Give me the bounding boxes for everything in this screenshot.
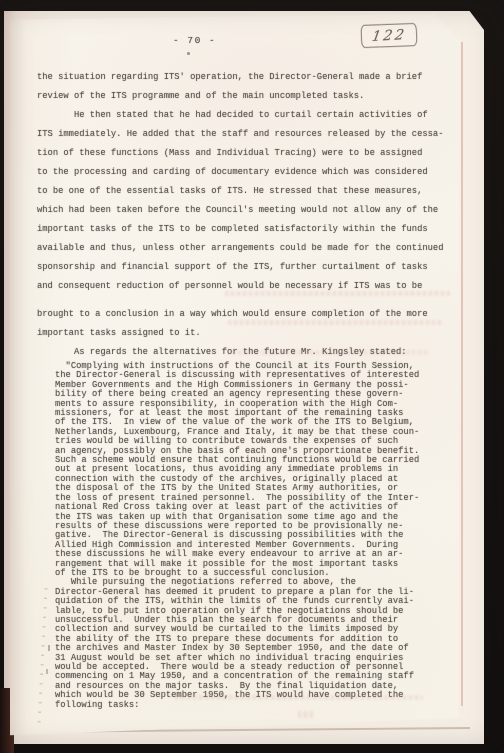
text-line: He then stated that he had decided to cu… <box>37 106 462 125</box>
pencil-mark <box>48 645 50 651</box>
text-line: important tasks of the ITS to be complet… <box>37 220 462 239</box>
text-line: important tasks assigned to it. <box>37 324 462 343</box>
bleedthrough-ghost-text <box>175 695 423 700</box>
document-page: - 70 - 122 the situation regarding ITS' … <box>10 14 460 736</box>
text-line: sponsorship and financial support of the… <box>37 258 462 277</box>
paragraph-continuation: the situation regarding ITS' operation, … <box>37 68 462 106</box>
text-line: which had been taken before the Council'… <box>37 201 462 220</box>
text-line: to be one of the essential tasks of ITS.… <box>37 182 462 201</box>
bleedthrough-ghost-text <box>225 291 450 296</box>
page-number: - 70 - <box>173 35 216 46</box>
text-line: tion of these functions (Mass and Indivi… <box>37 144 462 163</box>
text-line: following tasks: <box>55 701 462 710</box>
quote-block-negotiations: "Complying with instructions of the Coun… <box>55 362 462 578</box>
page-edge-line <box>461 42 463 706</box>
bleedthrough-ghost-text <box>232 350 430 355</box>
pencil-mark <box>46 669 48 674</box>
bleedthrough-ghost-mark <box>298 711 314 718</box>
text-line: review of the ITS programme and of the m… <box>37 87 462 106</box>
text-line: available and thus, unless other arrange… <box>37 239 462 258</box>
stamp-number: 122 <box>371 26 408 44</box>
typewritten-text: the situation regarding ITS' operation, … <box>37 68 462 710</box>
text-line: to the processing and carding of documen… <box>37 163 462 182</box>
paragraph-curtailment: He then stated that he had decided to cu… <box>37 106 462 296</box>
pencil-stamp-box: 122 <box>361 23 418 48</box>
bleedthrough-ghost-text <box>228 320 443 325</box>
scan-background: - 70 - 122 the situation regarding ITS' … <box>0 0 504 753</box>
text-line: the situation regarding ITS' operation, … <box>37 68 462 87</box>
ink-dot <box>187 52 190 55</box>
text-line: ITS immediately. He added that the staff… <box>37 125 462 144</box>
quote-block-liquidation-plan: While pursuing the negotiations referred… <box>55 578 462 710</box>
